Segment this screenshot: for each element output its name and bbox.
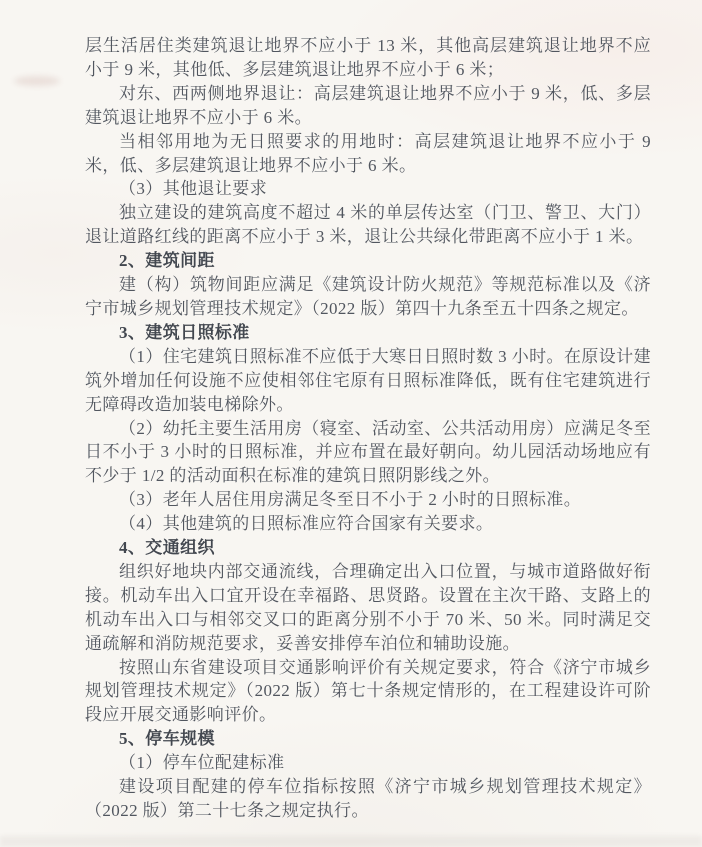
paragraph-building-spacing-rule: 建（构）筑物间距应满足《建筑设计防火规范》等规范标准以及《济宁市城乡规划管理技术… xyxy=(85,273,651,321)
paragraph-setback-sides-continuation: 层生活居住类建筑退让地界不应小于 13 米，其他高层建筑退让地界不应小于 9 米… xyxy=(85,34,651,82)
heading-3-sunlight-standard: 3、建筑日照标准 xyxy=(85,321,651,345)
scan-edge-shadow xyxy=(0,836,702,847)
paragraph-parking-index-rule: 建设项目配建的停车位指标按照《济宁市城乡规划管理技术规定》（2022 版）第二十… xyxy=(85,775,651,823)
paragraph-setback-no-sunlight: 当相邻用地为无日照要求的用地时：高层建筑退让地界不应小于 9 米，低、多层建筑退… xyxy=(85,130,651,178)
paragraph-kindergarten-sunlight: （2）幼托主要生活用房（寝室、活动室、公共活动用房）应满足冬至日不小于 3 小时… xyxy=(85,417,651,489)
paragraph-elderly-sunlight: （3）老年人居住用房满足冬至日不小于 2 小时的日照标准。 xyxy=(85,488,651,512)
scan-smudge xyxy=(14,76,60,86)
paragraph-gatehouse-setback: 独立建设的建筑高度不超过 4 米的单层传达室（门卫、警卫、大门）退让道路红线的距… xyxy=(85,201,651,249)
paragraph-traffic-flow: 组织好地块内部交通流线，合理确定出入口位置，与城市道路做好衔接。机动车出入口宜开… xyxy=(85,560,651,656)
heading-5-parking-scale: 5、停车规模 xyxy=(85,727,651,751)
paragraph-other-sunlight: （4）其他建筑的日照标准应符合国家有关要求。 xyxy=(85,512,651,536)
heading-4-traffic-organization: 4、交通组织 xyxy=(85,536,651,560)
paragraph-setback-east-west: 对东、西两侧地界退让：高层建筑退让地界不应小于 9 米，低、多层建筑退让地界不应… xyxy=(85,82,651,130)
heading-2-building-spacing: 2、建筑间距 xyxy=(85,249,651,273)
paragraph-other-setback-subtitle: （3）其他退让要求 xyxy=(85,177,651,201)
document-body-text: 层生活居住类建筑退让地界不应小于 13 米，其他高层建筑退让地界不应小于 9 米… xyxy=(85,34,651,823)
paragraph-parking-standard-subtitle: （1）停车位配建标准 xyxy=(85,751,651,775)
paragraph-residential-sunlight: （1）住宅建筑日照标准不应低于大寒日日照时数 3 小时。在原设计建筑外增加任何设… xyxy=(85,345,651,417)
paragraph-traffic-impact-evaluation: 按照山东省建设项目交通影响评价有关规定要求，符合《济宁市城乡规划管理技术规定》（… xyxy=(85,656,651,728)
